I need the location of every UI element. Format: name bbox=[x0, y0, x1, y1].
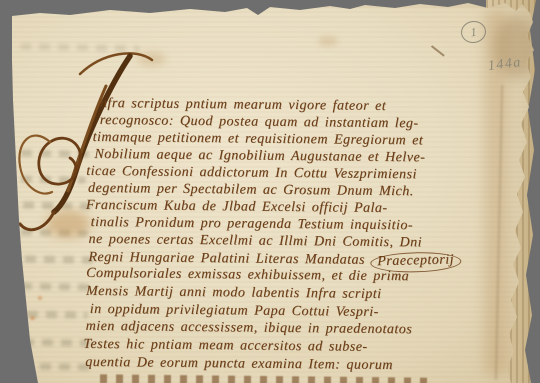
manuscript-line: Testes hic pntiam meam accersitos ad sub… bbox=[83, 337, 367, 356]
manuscript-line: Mensis Martij anni modo labentis Infra s… bbox=[86, 284, 382, 303]
manuscript-line: degentium per Spectabilem ac Grosum Dnum… bbox=[88, 181, 414, 200]
manuscript-page: nfra scriptus pntium mearum vigore fateo… bbox=[0, 0, 540, 383]
manuscript-line: in oppidum privilegiatum Papa Cottui Ves… bbox=[90, 302, 379, 321]
manuscript-line: recognosco: Quod postea quam ad instanti… bbox=[100, 113, 419, 132]
manuscript-line: mien adjacens accessissem, ibique in pra… bbox=[86, 319, 413, 338]
manuscript-text-block: nfra scriptus pntium mearum vigore fateo… bbox=[0, 0, 540, 383]
manuscript-line-text: Regni Hungariae Palatini Literas Mandata… bbox=[88, 250, 365, 268]
page-number: 1 bbox=[469, 24, 477, 40]
manuscript-line: Compulsoriales exmissas exhibuissem, et … bbox=[86, 266, 409, 285]
foxing-speck bbox=[12, 302, 18, 307]
manuscript-line: tinalis Pronidum pro peragenda Testium i… bbox=[91, 215, 414, 234]
manuscript-line: Franciscum Kuba de Jlbad Excelsi officij… bbox=[86, 198, 388, 217]
photo-canvas: { "photo": { "backdrop_color": "#6e6e6e"… bbox=[0, 0, 540, 383]
manuscript-line: quentia De eorum puncta examina Item: qu… bbox=[85, 355, 393, 374]
foxing-speck bbox=[8, 330, 15, 335]
manuscript-line: nfra scriptus pntium mearum vigore fateo… bbox=[100, 96, 386, 115]
